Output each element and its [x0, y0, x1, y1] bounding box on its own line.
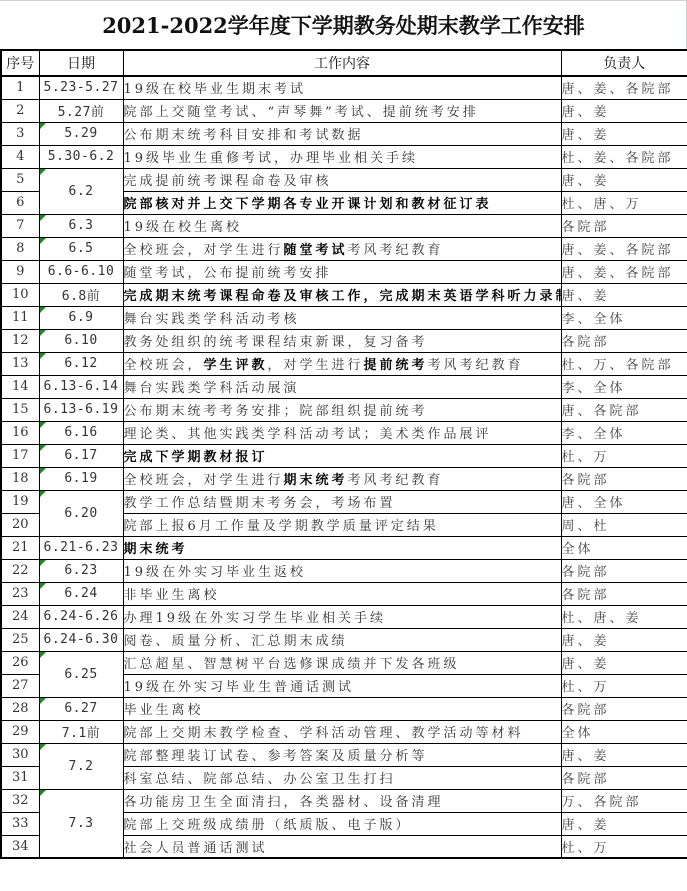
cell-owner[interactable]: 周、杜 [561, 513, 687, 536]
cell-no[interactable]: 34 [1, 835, 39, 858]
cell-date[interactable]: 6.24 [39, 582, 123, 605]
cell-no[interactable]: 1 [1, 76, 39, 99]
cell-owner[interactable]: 杜、唐、姜 [561, 605, 687, 628]
date-text: 5.29 [64, 126, 97, 141]
table-row: 246.24-6.26办理19级在外实习学生毕业相关手续杜、唐、姜 [1, 605, 687, 628]
cell-task[interactable]: 公布期末统考考务安排；院部组织提前统考 [123, 398, 561, 421]
comment-marker-icon [40, 790, 46, 796]
cell-no[interactable]: 24 [1, 605, 39, 628]
cell-task[interactable]: 科室总结、院部总结、办公室卫生打扫 [123, 766, 561, 789]
date-text: 6.23 [64, 563, 97, 578]
table-row: 236.24非毕业生离校各院部 [1, 582, 687, 605]
cell-date[interactable]: 6.20 [39, 490, 123, 536]
cell-task[interactable]: 院部上交随堂考试、“声琴舞”考试、提前统考安排 [123, 99, 561, 122]
task-text: 教学工作总结暨期末考务会，考场布置 [124, 496, 396, 511]
date-text: 6.27 [64, 701, 97, 716]
comment-marker-icon [40, 491, 46, 497]
cell-no[interactable]: 20 [1, 513, 39, 536]
task-text: 各功能房卫生全面清扫，各类器材、设备清理 [124, 795, 444, 810]
date-text: 6.24 [64, 586, 97, 601]
cell-date[interactable]: 7.3 [39, 789, 123, 858]
cell-no[interactable]: 30 [1, 743, 39, 766]
task-text-bold: 期末统考 [284, 473, 348, 488]
task-text: 阅卷、质量分析、汇总期末成绩 [124, 634, 348, 649]
cell-owner[interactable]: 唐、全体 [561, 490, 687, 513]
cell-no[interactable]: 5 [1, 168, 39, 191]
cell-date[interactable]: 6.13-6.14 [39, 375, 123, 398]
table-header-row: 序号 日期 工作内容 负责人 [1, 50, 687, 76]
comment-marker-icon [40, 215, 46, 221]
table-row: 256.24-6.30阅卷、质量分析、汇总期末成绩唐、姜 [1, 628, 687, 651]
comment-marker-icon [40, 744, 46, 750]
cell-date[interactable]: 5.29 [39, 122, 123, 145]
cell-no[interactable]: 12 [1, 329, 39, 352]
table-row: 76.319级在校生离校各院部 [1, 214, 687, 237]
cell-owner[interactable]: 唐、各院部 [561, 398, 687, 421]
task-text: 19级在校生离校 [124, 220, 243, 235]
task-text: 考风考纪教育 [348, 243, 444, 258]
table-row: 216.21-6.23期末统考全体 [1, 536, 687, 559]
cell-owner[interactable]: 各院部 [561, 697, 687, 720]
date-text: 6.17 [64, 448, 97, 463]
table-row: 106.8前完成期末统考课程命卷及审核工作，完成期末英语学科听力录制唐、姜 [1, 283, 687, 306]
table-row: 156.13-6.19公布期末统考考务安排；院部组织提前统考唐、各院部 [1, 398, 687, 421]
cell-task[interactable]: 随堂考试，公布提前统考安排 [123, 260, 561, 283]
table-row: 166.16理论类、其他实践类学科活动考试；美术类作品展评李、全体 [1, 421, 687, 444]
table-row: 116.9舞台实践类学科活动考核李、全体 [1, 306, 687, 329]
table-row: 186.19全校班会，对学生进行期末统考考风考纪教育各院部 [1, 467, 687, 490]
date-text: 6.21-6.23 [44, 540, 119, 555]
comment-marker-icon [40, 353, 46, 359]
cell-task[interactable]: 公布期末统考科目安排和考试数据 [123, 122, 561, 145]
cell-date[interactable]: 6.16 [39, 421, 123, 444]
cell-date[interactable]: 5.27前 [39, 99, 123, 122]
header-no: 序号 [1, 50, 39, 76]
date-text: 6.3 [69, 218, 94, 233]
task-text-bold: 院部核对并上交下学期各专业开课计划和教材征订表 [124, 197, 492, 212]
cell-task[interactable]: 教务处组织的统考课程结束新课，复习备考 [123, 329, 561, 352]
cell-task[interactable]: 汇总超星、智慧树平台选修课成绩并下发各班级 [123, 651, 561, 674]
table-row: 96.6-6.10随堂考试，公布提前统考安排唐、姜、各院部 [1, 260, 687, 283]
cell-owner[interactable]: 全体 [561, 536, 687, 559]
cell-date[interactable]: 6.2 [39, 168, 123, 214]
cell-task[interactable]: 19级毕业生重修考试，办理毕业相关手续 [123, 145, 561, 168]
task-text: 院部上报6月工作量及学期教学质量评定结果 [124, 519, 439, 534]
cell-date[interactable]: 5.30-6.2 [39, 145, 123, 168]
task-text: 教务处组织的统考课程结束新课，复习备考 [124, 335, 428, 350]
cell-owner[interactable]: 唐、姜 [561, 168, 687, 191]
cell-task[interactable]: 全校班会，对学生进行期末统考考风考纪教育 [123, 467, 561, 490]
cell-date[interactable]: 6.23 [39, 559, 123, 582]
cell-owner[interactable]: 杜、万 [561, 674, 687, 697]
cell-date[interactable]: 5.23-5.27 [39, 76, 123, 99]
task-text: 毕业生离校 [124, 703, 204, 718]
cell-date[interactable]: 6.25 [39, 651, 123, 697]
cell-owner[interactable]: 李、全体 [561, 306, 687, 329]
cell-date[interactable]: 6.13-6.19 [39, 398, 123, 421]
document-title: 2021-2022学年度下学期教务处期末教学工作安排 [0, 1, 687, 49]
cell-date[interactable]: 7.1前 [39, 720, 123, 743]
task-text: 19级在外实习毕业生返校 [124, 565, 307, 580]
task-text-bold: 学生评教 [204, 358, 268, 373]
cell-task[interactable]: 期末统考 [123, 536, 561, 559]
table-row: 226.2319级在外实习毕业生返校各院部 [1, 559, 687, 582]
cell-no[interactable]: 10 [1, 283, 39, 306]
comment-marker-icon [40, 698, 46, 704]
cell-owner[interactable]: 杜、唐、万 [561, 191, 687, 214]
date-text: 5.27前 [58, 105, 105, 120]
table-row: 45.30-6.219级毕业生重修考试，办理毕业相关手续杜、姜、各院部 [1, 145, 687, 168]
comment-marker-icon [40, 169, 46, 175]
date-text: 6.25 [64, 667, 97, 682]
table-row: 15.23-5.2719级在校毕业生期末考试唐、姜、各院部 [1, 76, 687, 99]
date-text: 6.10 [64, 333, 97, 348]
cell-no[interactable]: 33 [1, 812, 39, 835]
task-text: 公布期末统考考务安排；院部组织提前统考 [124, 404, 428, 419]
cell-task[interactable]: 院部上交班级成绩册（纸质版、电子版） [123, 812, 561, 835]
cell-owner[interactable]: 唐、姜 [561, 628, 687, 651]
cell-task[interactable]: 19级在校生离校 [123, 214, 561, 237]
task-text-bold: 完成下学期教材报订 [124, 450, 268, 465]
date-text: 6.13-6.14 [44, 379, 119, 394]
date-text: 6.16 [64, 425, 97, 440]
task-text: 院部整理装订试卷、参考答案及质量分析等 [124, 749, 428, 764]
cell-owner[interactable]: 唐、姜、各院部 [561, 76, 687, 99]
comment-marker-icon [40, 583, 46, 589]
cell-no[interactable]: 13 [1, 352, 39, 375]
cell-no[interactable]: 11 [1, 306, 39, 329]
cell-task[interactable]: 非毕业生离校 [123, 582, 561, 605]
date-text: 7.2 [69, 759, 94, 774]
cell-no[interactable]: 4 [1, 145, 39, 168]
cell-no[interactable]: 23 [1, 582, 39, 605]
task-text: 非毕业生离校 [124, 588, 220, 603]
comment-marker-icon [40, 422, 46, 428]
table-row: 196.20教学工作总结暨期末考务会，考场布置唐、全体 [1, 490, 687, 513]
cell-no[interactable]: 16 [1, 421, 39, 444]
cell-owner[interactable]: 唐、姜 [561, 283, 687, 306]
table-row: 126.10教务处组织的统考课程结束新课，复习备考各院部 [1, 329, 687, 352]
task-text: 院部上交随堂考试、“声琴舞”考试、提前统考安排 [124, 105, 479, 120]
table-row: 35.29公布期末统考科目安排和考试数据唐、姜 [1, 122, 687, 145]
comment-marker-icon [40, 560, 46, 566]
cell-no[interactable]: 8 [1, 237, 39, 260]
task-text: 随堂考试，公布提前统考安排 [124, 266, 332, 281]
table-row: 136.12全校班会，学生评教，对学生进行提前统考考风考纪教育杜、万、各院部 [1, 352, 687, 375]
spreadsheet-document: 2021-2022学年度下学期教务处期末教学工作安排 序号 日期 工作内容 负责… [0, 0, 687, 891]
cell-task[interactable]: 舞台实践类学科活动考核 [123, 306, 561, 329]
task-text: 19级在外实习毕业生普通话测试 [124, 680, 355, 695]
cell-no[interactable]: 14 [1, 375, 39, 398]
cell-task[interactable]: 院部上交期末教学检查、学科活动管理、教学活动等材料 [123, 720, 561, 743]
cell-no[interactable]: 17 [1, 444, 39, 467]
cell-no[interactable]: 9 [1, 260, 39, 283]
task-text-bold: 随堂考试 [284, 243, 348, 258]
date-text: 6.13-6.19 [44, 402, 119, 417]
cell-date[interactable]: 6.19 [39, 467, 123, 490]
cell-date[interactable]: 6.5 [39, 237, 123, 260]
date-text: 7.3 [69, 816, 94, 831]
cell-date[interactable]: 6.9 [39, 306, 123, 329]
table-row: 146.13-6.14舞台实践类学科活动展演李、全体 [1, 375, 687, 398]
cell-date[interactable]: 6.24-6.26 [39, 605, 123, 628]
cell-no[interactable]: 21 [1, 536, 39, 559]
cell-owner[interactable]: 唐、姜 [561, 743, 687, 766]
cell-owner[interactable]: 各院部 [561, 766, 687, 789]
cell-task[interactable]: 完成期末统考课程命卷及审核工作，完成期末英语学科听力录制 [123, 283, 561, 306]
cell-owner[interactable]: 全体 [561, 720, 687, 743]
table-row: 266.25汇总超星、智慧树平台选修课成绩并下发各班级唐、姜 [1, 651, 687, 674]
cell-task[interactable]: 完成下学期教材报订 [123, 444, 561, 467]
comment-marker-icon [40, 307, 46, 313]
header-date: 日期 [39, 50, 123, 76]
task-text: 院部上交期末教学检查、学科活动管理、教学活动等材料 [124, 726, 524, 741]
table-row: 297.1前院部上交期末教学检查、学科活动管理、教学活动等材料全体 [1, 720, 687, 743]
cell-task[interactable]: 办理19级在外实习学生毕业相关手续 [123, 605, 561, 628]
date-text: 6.24-6.26 [44, 609, 119, 624]
task-text: 考风考纪教育 [428, 358, 524, 373]
cell-no[interactable]: 27 [1, 674, 39, 697]
task-text: 舞台实践类学科活动考核 [124, 312, 300, 327]
task-text-bold: 期末统考 [124, 542, 188, 557]
task-text: 舞台实践类学科活动展演 [124, 381, 300, 396]
date-text: 6.9 [69, 310, 94, 325]
cell-task[interactable]: 毕业生离校 [123, 697, 561, 720]
cell-owner[interactable]: 唐、姜 [561, 812, 687, 835]
cell-no[interactable]: 32 [1, 789, 39, 812]
cell-date[interactable]: 6.24-6.30 [39, 628, 123, 651]
cell-owner[interactable]: 各院部 [561, 467, 687, 490]
table-row: 176.17完成下学期教材报订杜、万 [1, 444, 687, 467]
cell-task[interactable]: 社会人员普通话测试 [123, 835, 561, 858]
cell-owner[interactable]: 唐、姜 [561, 122, 687, 145]
comment-marker-icon [40, 468, 46, 474]
task-text: 公布期末统考科目安排和考试数据 [124, 128, 364, 143]
task-text: 科室总结、院部总结、办公室卫生打扫 [124, 772, 396, 787]
cell-task[interactable]: 全校班会，对学生进行随堂考试考风考纪教育 [123, 237, 561, 260]
table-row: 86.5全校班会，对学生进行随堂考试考风考纪教育唐、姜、各院部 [1, 237, 687, 260]
cell-date[interactable]: 6.17 [39, 444, 123, 467]
cell-task[interactable]: 教学工作总结暨期末考务会，考场布置 [123, 490, 561, 513]
date-text: 6.19 [64, 471, 97, 486]
date-text: 6.12 [64, 356, 97, 371]
cell-owner[interactable]: 李、全体 [561, 375, 687, 398]
header-owner: 负责人 [561, 50, 687, 76]
task-text: 完成提前统考课程命卷及审核 [124, 174, 332, 189]
cell-owner[interactable]: 唐、姜、各院部 [561, 237, 687, 260]
comment-marker-icon [40, 652, 46, 658]
date-text: 6.2 [69, 184, 94, 199]
cell-no[interactable]: 29 [1, 720, 39, 743]
cell-task[interactable]: 19级在校毕业生期末考试 [123, 76, 561, 99]
task-text: ，对学生进行 [268, 358, 364, 373]
cell-date[interactable]: 6.3 [39, 214, 123, 237]
cell-date[interactable]: 7.2 [39, 743, 123, 789]
task-text: 院部上交班级成绩册（纸质版、电子版） [124, 818, 412, 833]
comment-marker-icon [40, 445, 46, 451]
cell-date[interactable]: 6.8前 [39, 283, 123, 306]
task-text: 19级毕业生重修考试，办理毕业相关手续 [124, 151, 419, 166]
cell-date[interactable]: 6.21-6.23 [39, 536, 123, 559]
task-text-bold: 完成期末统考课程命卷及审核工作，完成期末英语学科听力录制 [124, 289, 562, 304]
cell-owner[interactable]: 万、各院部 [561, 789, 687, 812]
cell-no[interactable]: 6 [1, 191, 39, 214]
task-text: 全校班会，对学生进行 [124, 473, 284, 488]
cell-owner[interactable]: 杜、万 [561, 835, 687, 858]
cell-no[interactable]: 18 [1, 467, 39, 490]
task-text: 办理19级在外实习学生毕业相关手续 [124, 611, 387, 626]
task-text: 全校班会， [124, 358, 204, 373]
task-text: 汇总超星、智慧树平台选修课成绩并下发各班级 [124, 657, 460, 672]
cell-task[interactable]: 舞台实践类学科活动展演 [123, 375, 561, 398]
table-body: 15.23-5.2719级在校毕业生期末考试唐、姜、各院部25.27前院部上交随… [1, 76, 687, 858]
date-text: 5.23-5.27 [44, 80, 119, 95]
task-text: 考风考纪教育 [348, 473, 444, 488]
table-row: 307.2院部整理装订试卷、参考答案及质量分析等唐、姜 [1, 743, 687, 766]
date-text: 6.24-6.30 [44, 632, 119, 647]
comment-marker-icon [40, 123, 46, 129]
cell-owner[interactable]: 李、全体 [561, 421, 687, 444]
cell-no[interactable]: 22 [1, 559, 39, 582]
cell-no[interactable]: 15 [1, 398, 39, 421]
cell-owner[interactable]: 唐、姜 [561, 651, 687, 674]
cell-no[interactable]: 25 [1, 628, 39, 651]
comment-marker-icon [40, 330, 46, 336]
task-text: 理论类、其他实践类学科活动考试；美术类作品展评 [124, 427, 492, 442]
date-text: 5.30-6.2 [48, 149, 115, 164]
cell-task[interactable]: 院部整理装订试卷、参考答案及质量分析等 [123, 743, 561, 766]
comment-marker-icon [40, 238, 46, 244]
table-row: 25.27前院部上交随堂考试、“声琴舞”考试、提前统考安排唐、姜 [1, 99, 687, 122]
schedule-table: 序号 日期 工作内容 负责人 15.23-5.2719级在校毕业生期末考试唐、姜… [0, 49, 687, 859]
table-row: 286.27毕业生离校各院部 [1, 697, 687, 720]
cell-owner[interactable]: 各院部 [561, 329, 687, 352]
cell-no[interactable]: 2 [1, 99, 39, 122]
cell-owner[interactable]: 唐、姜 [561, 99, 687, 122]
table-row: 327.3各功能房卫生全面清扫，各类器材、设备清理万、各院部 [1, 789, 687, 812]
cell-date[interactable]: 6.6-6.10 [39, 260, 123, 283]
cell-owner[interactable]: 杜、万、各院部 [561, 352, 687, 375]
cell-owner[interactable]: 杜、姜、各院部 [561, 145, 687, 168]
cell-date[interactable]: 6.12 [39, 352, 123, 375]
date-text: 7.1前 [62, 726, 100, 741]
date-text: 6.6-6.10 [48, 264, 115, 279]
cell-task[interactable]: 各功能房卫生全面清扫，各类器材、设备清理 [123, 789, 561, 812]
cell-task[interactable]: 19级在外实习毕业生普通话测试 [123, 674, 561, 697]
cell-task[interactable]: 完成提前统考课程命卷及审核 [123, 168, 561, 191]
cell-task[interactable]: 院部核对并上交下学期各专业开课计划和教材征订表 [123, 191, 561, 214]
cell-owner[interactable]: 各院部 [561, 214, 687, 237]
cell-task[interactable]: 19级在外实习毕业生返校 [123, 559, 561, 582]
cell-task[interactable]: 阅卷、质量分析、汇总期末成绩 [123, 628, 561, 651]
cell-task[interactable]: 理论类、其他实践类学科活动考试；美术类作品展评 [123, 421, 561, 444]
cell-task[interactable]: 院部上报6月工作量及学期教学质量评定结果 [123, 513, 561, 536]
cell-no[interactable]: 31 [1, 766, 39, 789]
cell-no[interactable]: 7 [1, 214, 39, 237]
cell-no[interactable]: 28 [1, 697, 39, 720]
cell-date[interactable]: 6.10 [39, 329, 123, 352]
date-text: 6.5 [69, 241, 94, 256]
cell-no[interactable]: 19 [1, 490, 39, 513]
header-task: 工作内容 [123, 50, 561, 76]
cell-owner[interactable]: 杜、万 [561, 444, 687, 467]
task-text: 19级在校毕业生期末考试 [124, 82, 307, 97]
cell-no[interactable]: 3 [1, 122, 39, 145]
task-text: 社会人员普通话测试 [124, 841, 268, 856]
cell-date[interactable]: 6.27 [39, 697, 123, 720]
cell-owner[interactable]: 各院部 [561, 559, 687, 582]
task-text-bold: 提前统考 [364, 358, 428, 373]
task-text: 全校班会，对学生进行 [124, 243, 284, 258]
cell-task[interactable]: 全校班会，学生评教，对学生进行提前统考考风考纪教育 [123, 352, 561, 375]
table-row: 56.2完成提前统考课程命卷及审核唐、姜 [1, 168, 687, 191]
date-text: 6.8前 [62, 289, 100, 304]
date-text: 6.20 [64, 506, 97, 521]
cell-owner[interactable]: 各院部 [561, 582, 687, 605]
cell-owner[interactable]: 唐、姜、各院部 [561, 260, 687, 283]
cell-no[interactable]: 26 [1, 651, 39, 674]
